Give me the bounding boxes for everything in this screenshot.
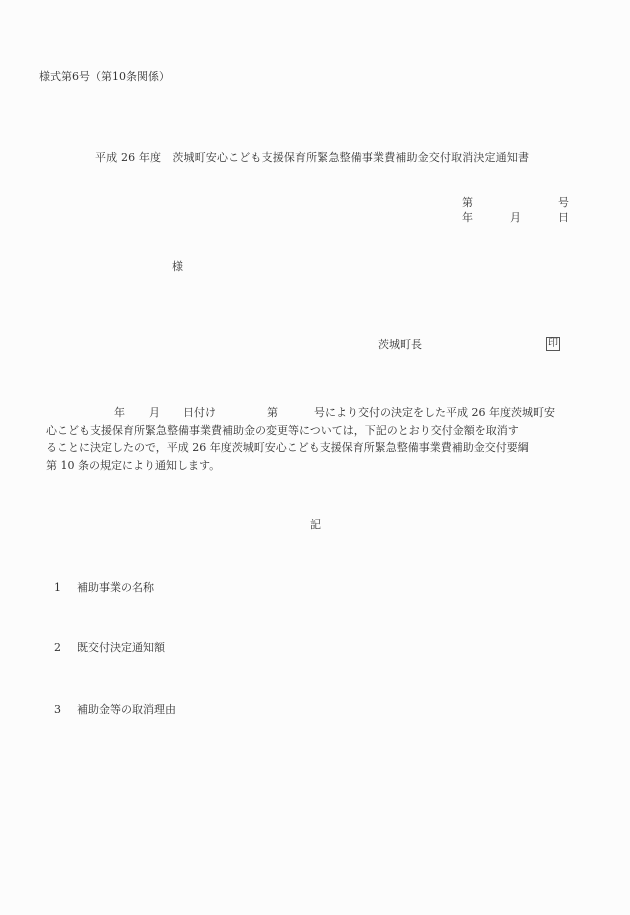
form-id: 様式第6号（第10条関係） (39, 70, 170, 84)
item-label: 既交付決定通知額 (77, 641, 165, 654)
item-label: 補助金等の取消理由 (77, 703, 176, 716)
issuer-name: 茨城町長 (378, 338, 422, 352)
addressee-suffix: 様 (172, 260, 183, 274)
seal-icon: 印 (546, 337, 560, 351)
ki-heading: 記 (310, 518, 321, 532)
date-day: 日 (558, 211, 569, 225)
item-label: 補助事業の名称 (77, 581, 154, 594)
doc-number-prefix: 第 (462, 196, 473, 210)
document-title: 平成 26 年度 茨城町安心こども支援保育所緊急整備事業費補助金交付取消決定通知… (95, 151, 529, 165)
body-paragraph: 年 月 日付け 第 号により交付の決定をした平成 26 年度茨城町安 心こども支… (58, 404, 574, 474)
body-year: 年 (114, 404, 125, 422)
list-item: 3補助金等の取消理由 (54, 703, 176, 717)
body-line-1-rest: 号により交付の決定をした平成 26 年度茨城町安 (314, 404, 555, 422)
list-item: 1補助事業の名称 (54, 581, 154, 595)
date-month: 月 (510, 211, 521, 225)
body-day: 日付け (183, 404, 216, 422)
body-month: 月 (149, 404, 160, 422)
item-number: 1 (54, 581, 77, 595)
body-line-1: 年 月 日付け 第 号により交付の決定をした平成 26 年度茨城町安 (58, 404, 574, 422)
body-line-3: ることに決定したので，平成 26 年度茨城町安心こども支援保育所緊急整備事業費補… (46, 439, 562, 457)
body-line-4: 第 10 条の規定により通知します。 (46, 457, 562, 475)
date-year: 年 (462, 211, 473, 225)
body-line-2: 心こども支援保育所緊急整備事業費補助金の変更等については，下記のとおり交付金額を… (46, 422, 562, 440)
list-item: 2既交付決定通知額 (54, 641, 165, 655)
item-number: 3 (54, 703, 77, 717)
item-number: 2 (54, 641, 77, 655)
body-dai: 第 (267, 404, 278, 422)
doc-number-suffix: 号 (558, 196, 569, 210)
